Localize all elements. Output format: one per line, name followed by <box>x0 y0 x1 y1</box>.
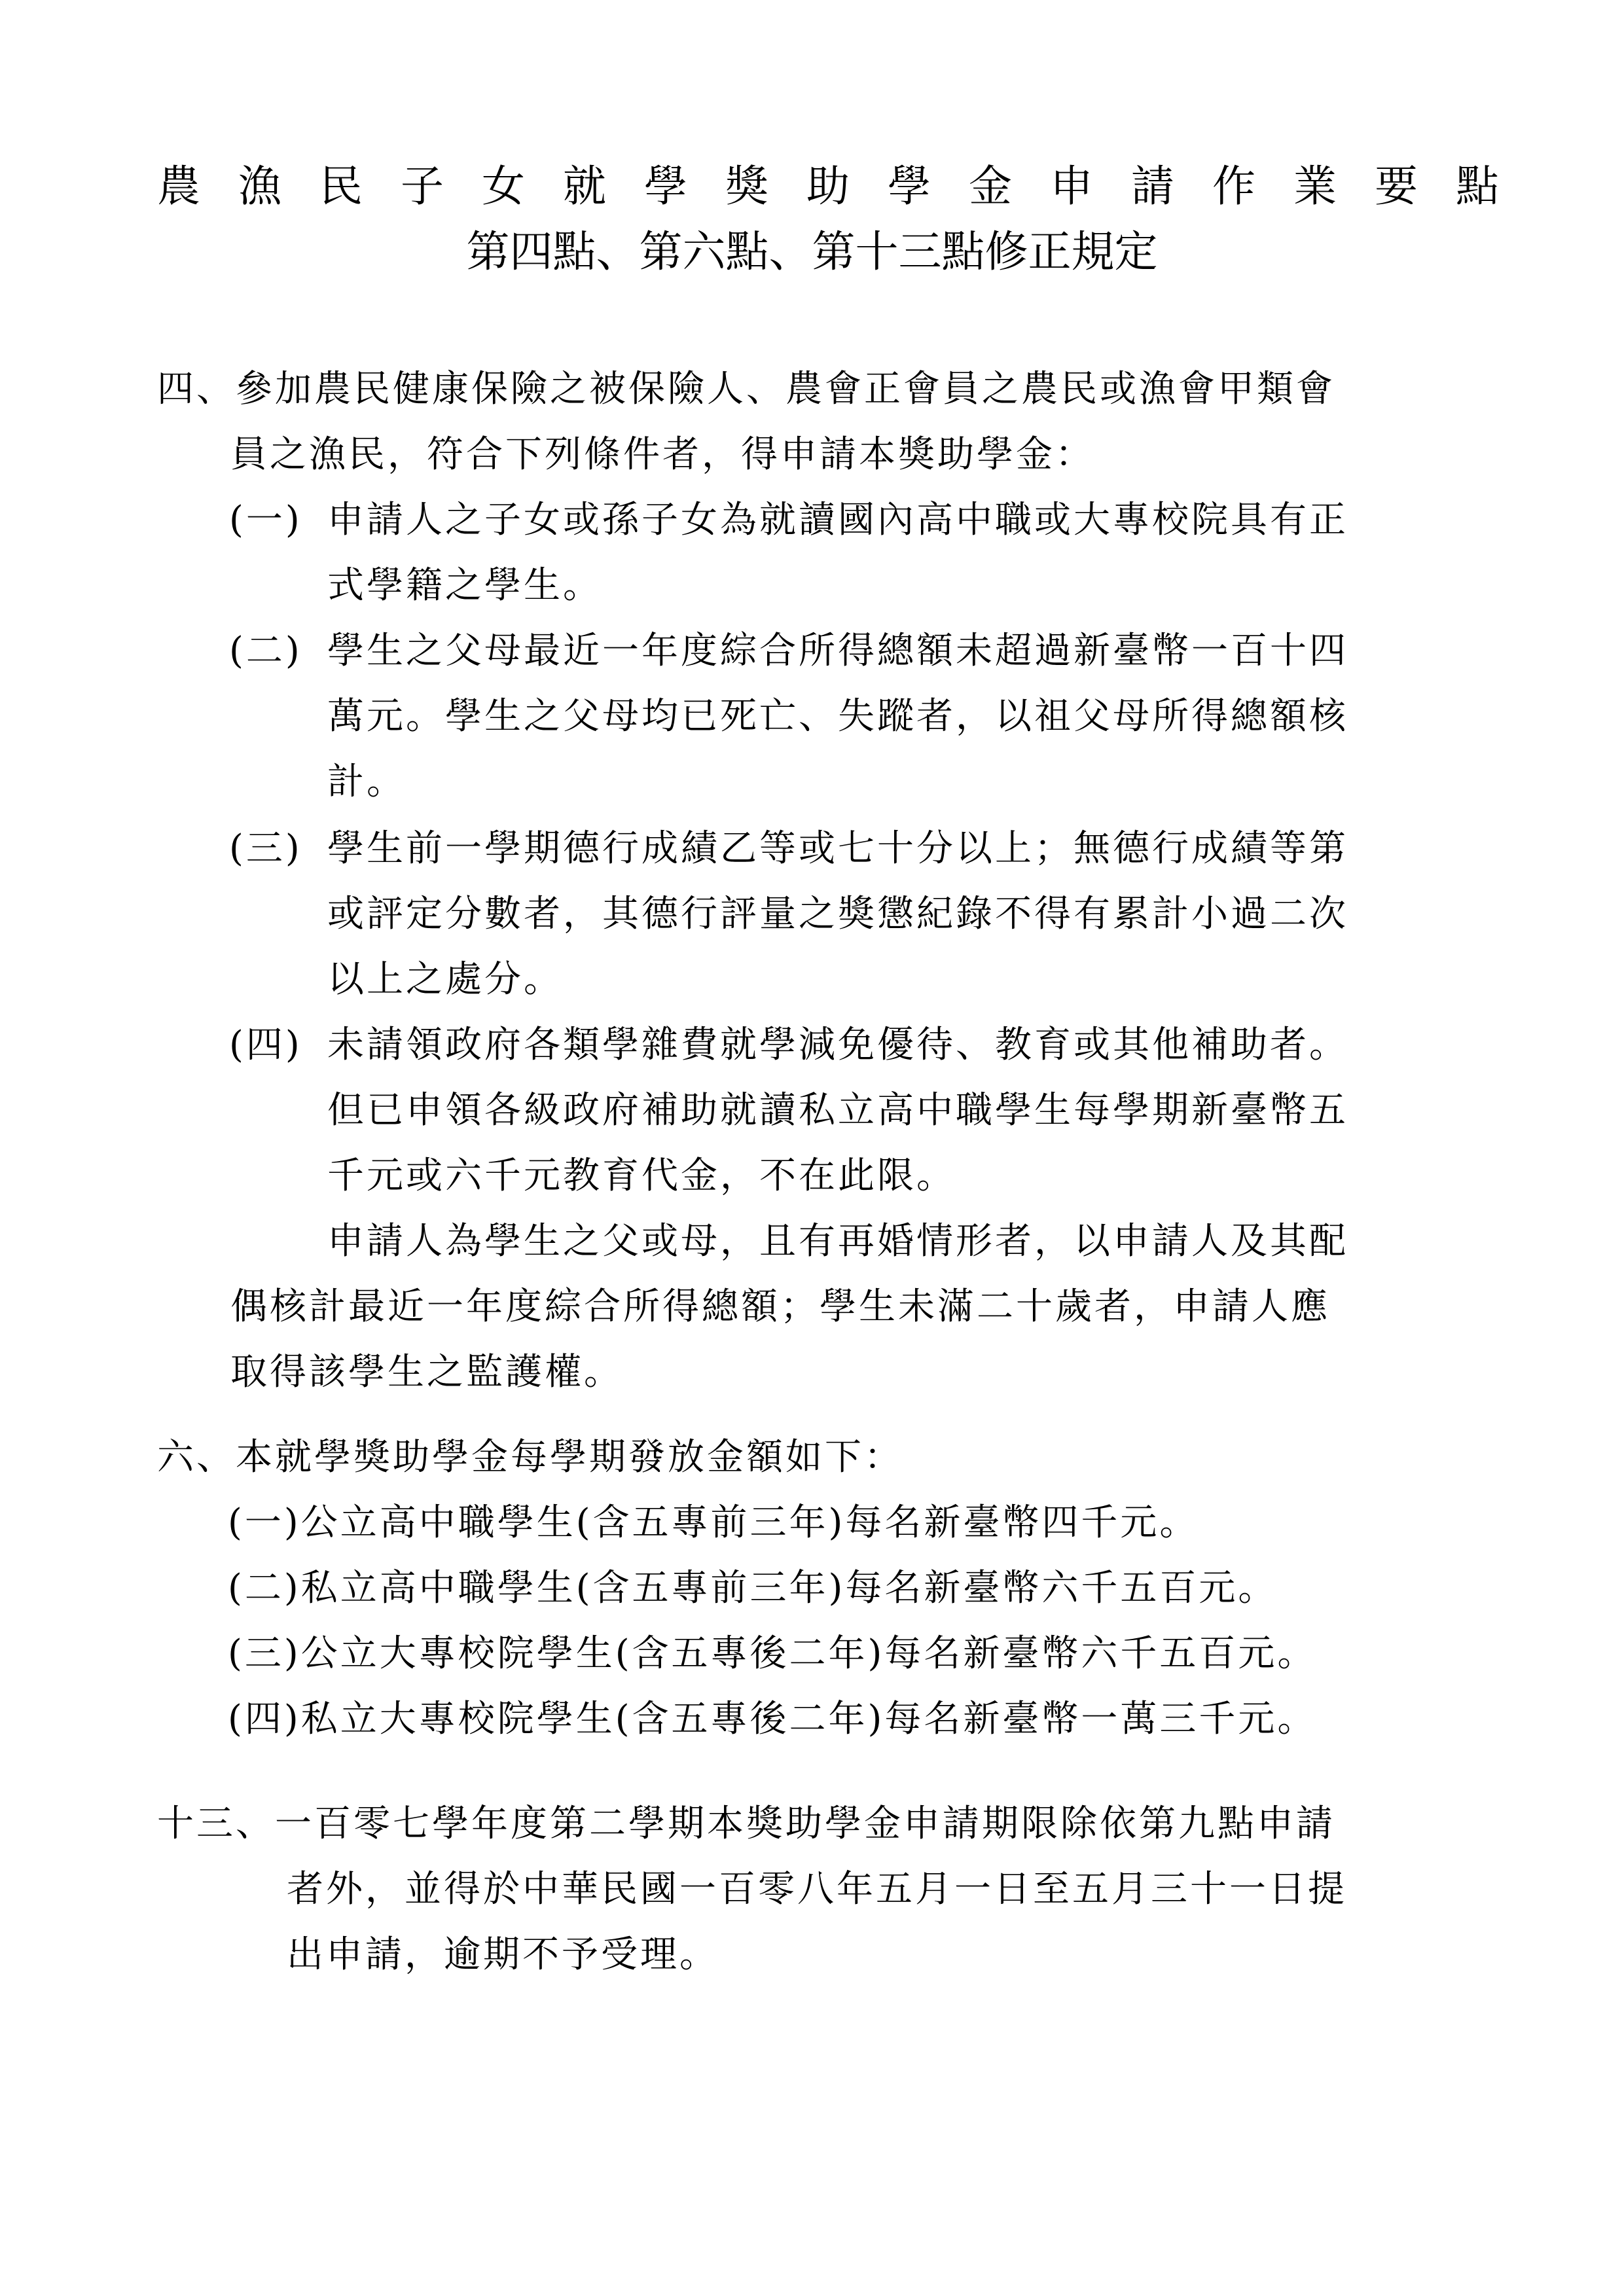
item-text: 學生之父母最近一年度綜合所得總額未超過新臺幣一百十四 <box>327 628 1348 674</box>
item-label: (三) <box>229 826 302 872</box>
item-label: (一) <box>229 497 302 543</box>
item-label: (二) <box>229 628 302 674</box>
item-label: (四) <box>229 1022 302 1068</box>
item-text: 但已申領各級政府補助就讀私立高中職學生每學期新臺幣五 <box>327 1088 1348 1134</box>
item-text: 申請人之子女或孫子女為就讀國內高中職或大專校院具有正 <box>327 497 1348 543</box>
point-13-line-3: 出申請，逾期不予受理。 <box>287 1932 719 1978</box>
paragraph-line: 偶核計最近一年度綜合所得總額；學生未滿二十歲者，申請人應 <box>230 1284 1330 1330</box>
point-4-line-2: 員之漁民，符合下列條件者，得申請本獎助學金： <box>230 432 1094 478</box>
item-text: 計。 <box>327 759 406 805</box>
point-13-line-1: 十三、一百零七學年度第二學期本獎助學金申請期限除依第九點申請 <box>157 1801 1335 1847</box>
paragraph-line: 取得該學生之監護權。 <box>230 1350 623 1395</box>
document-subtitle: 第四點、第六點、第十三點修正規定 <box>0 226 1624 278</box>
item-text: 式學籍之學生。 <box>327 563 602 609</box>
item-text: 以上之處分。 <box>327 957 563 1003</box>
document-page: 農漁民子女就學獎助學金申請作業要點 第四點、第六點、第十三點修正規定 四、參加農… <box>0 0 1624 2296</box>
item-text: 學生前一學期德行成績乙等或七十分以上；無德行成績等第 <box>327 826 1348 872</box>
point-6-item-3: (三)公立大專校院學生(含五專後二年)每名新臺幣六千五百元。 <box>228 1631 1316 1677</box>
item-text: 千元或六千元教育代金，不在此限。 <box>327 1153 956 1199</box>
point-6-item-1: (一)公立高中職學生(含五專前三年)每名新臺幣四千元。 <box>228 1500 1199 1546</box>
item-text: 未請領政府各類學雜費就學減免優待、教育或其他補助者。 <box>327 1022 1348 1068</box>
point-6-item-2: (二)私立高中職學生(含五專前三年)每名新臺幣六千五百元。 <box>228 1566 1277 1611</box>
point-6-heading: 六、本就學獎助學金每學期發放金額如下： <box>157 1435 903 1480</box>
item-text: 萬元。學生之父母均已死亡、失蹤者，以祖父母所得總額核 <box>327 694 1348 740</box>
point-6-item-4: (四)私立大專校院學生(含五專後二年)每名新臺幣一萬三千元。 <box>228 1696 1316 1742</box>
document-title: 農漁民子女就學獎助學金申請作業要點 <box>157 160 1466 213</box>
point-4-line-1: 四、參加農民健康保險之被保險人、農會正會員之農民或漁會甲類會 <box>157 367 1335 412</box>
item-text: 或評定分數者，其德行評量之獎懲紀錄不得有累計小過二次 <box>327 891 1348 937</box>
point-13-line-2: 者外，並得於中華民國一百零八年五月一日至五月三十一日提 <box>287 1867 1347 1912</box>
paragraph-line: 申請人為學生之父或母，且有再婚情形者，以申請人及其配 <box>327 1219 1348 1265</box>
